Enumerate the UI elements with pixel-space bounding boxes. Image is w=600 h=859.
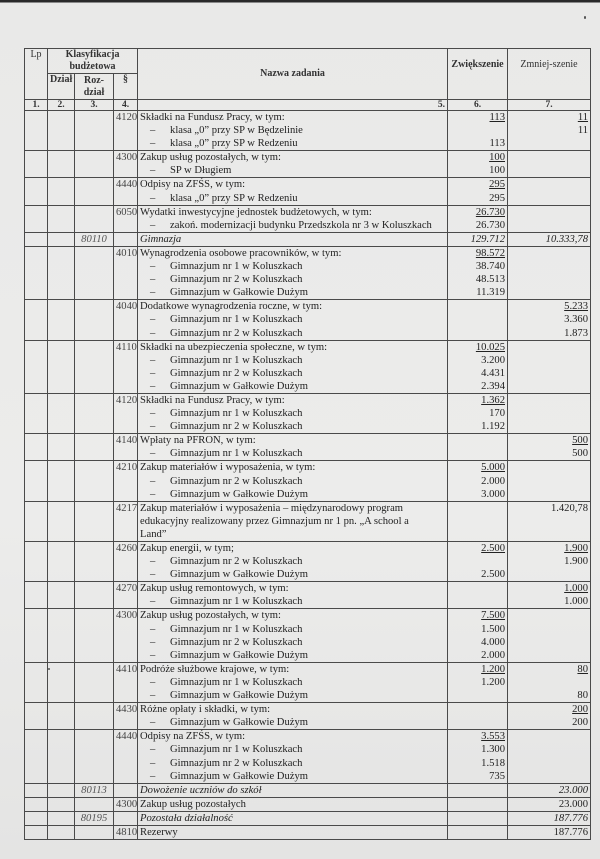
table-row: 4300Zakup usług pozostałych23.000	[25, 797, 591, 811]
sub-item-decrease	[510, 568, 588, 581]
dash-bullet: –	[150, 770, 170, 783]
sub-item-name: Gimnazjum nr 1 w Koluszkach	[170, 408, 302, 419]
dash-bullet: –	[150, 354, 170, 367]
decrease-total	[510, 247, 588, 260]
cell-dzial	[48, 501, 75, 541]
sub-item-increase: 1.200	[450, 676, 505, 689]
sub-item-name: Gimnazjum nr 1 w Koluszkach	[170, 677, 302, 688]
cell-zwiekszenie: 26.73026.730	[448, 205, 508, 232]
cell-rozdzial	[75, 393, 114, 433]
sub-item: –Gimnazjum nr 2 w Koluszkach	[140, 757, 445, 770]
sub-item: –Gimnazjum nr 1 w Koluszkach	[140, 354, 445, 367]
cell-nazwa: Rezerwy	[138, 825, 448, 839]
cell-paragraf: 4217	[114, 501, 138, 541]
increase-total: 113	[450, 111, 505, 124]
dash-bullet: –	[150, 568, 170, 581]
cell-zwiekszenie: 100100	[448, 151, 508, 178]
increase-total: 295	[450, 178, 505, 191]
cell-zmniejszenie	[508, 340, 591, 393]
cell-nazwa: Dodatkowe wynagrodzenia roczne, w tym:–G…	[138, 300, 448, 340]
increase-total: 3.553	[450, 730, 505, 743]
dash-bullet: –	[150, 260, 170, 273]
sub-item: –Gimnazjum nr 1 w Koluszkach	[140, 743, 445, 756]
cell-nazwa: Zakup usług remontowych, w tym:–Gimnazju…	[138, 582, 448, 609]
cell-dzial	[48, 730, 75, 783]
cell-paragraf: 4410	[114, 662, 138, 702]
sub-item: –Gimnazjum nr 2 w Koluszkach	[140, 636, 445, 649]
cell-rozdzial	[75, 825, 114, 839]
dash-bullet: –	[150, 380, 170, 393]
cell-rozdzial	[75, 300, 114, 340]
sub-item-increase: 1.518	[450, 757, 505, 770]
sub-item: –Gimnazjum w Gałkowie Dużym	[140, 488, 445, 501]
sub-item: –zakoń. modernizacji budynku Przedszkola…	[140, 219, 445, 232]
header-lp: Lp	[25, 49, 48, 100]
task-title: Wpłaty na PFRON, w tym:	[140, 434, 445, 447]
sub-item: –Gimnazjum w Gałkowie Dużym	[140, 689, 445, 702]
sub-item-name: Gimnazjum nr 2 w Koluszkach	[170, 274, 302, 285]
header-rozdzial: Roz-dział	[75, 74, 114, 100]
dash-bullet: –	[150, 636, 170, 649]
sub-item: –Gimnazjum w Gałkowie Dużym	[140, 380, 445, 393]
scan-speck	[584, 16, 586, 19]
sub-item: –Gimnazjum nr 2 w Koluszkach	[140, 475, 445, 488]
cell-dzial	[48, 662, 75, 702]
sub-item-decrease: 500	[510, 447, 588, 460]
cell-dzial	[48, 434, 75, 461]
table-row: 4410Podróże służbowe krajowe, w tym:–Gim…	[25, 662, 591, 702]
cell-nazwa: Wydatki inwestycyjne jednostek budżetowy…	[138, 205, 448, 232]
sub-item-name: Gimnazjum w Gałkowie Dużym	[170, 381, 308, 392]
cell-lp	[25, 609, 48, 662]
task-title: Różne opłaty i składki, w tym:	[140, 703, 445, 716]
dash-bullet: –	[150, 219, 170, 232]
cell-rozdzial	[75, 178, 114, 205]
decrease-total: 5.233	[510, 300, 588, 313]
increase-total	[450, 812, 505, 825]
cell-dzial	[48, 461, 75, 501]
cell-zwiekszenie: 1.3621701.192	[448, 393, 508, 433]
sub-item-increase: 1.300	[450, 743, 505, 756]
decrease-total	[510, 341, 588, 354]
sub-item-increase: 2.394	[450, 380, 505, 393]
cell-zmniejszenie	[508, 393, 591, 433]
cell-lp	[25, 205, 48, 232]
header-klasyfikacja: Klasyfikacja budżetowa	[48, 49, 138, 74]
sub-item-decrease: 200	[510, 716, 588, 729]
task-title: Zakup usług remontowych, w tym:	[140, 582, 445, 595]
task-title: Składki na Fundusz Pracy, w tym:	[140, 111, 445, 124]
increase-total: 5.000	[450, 461, 505, 474]
cell-zmniejszenie: 23.000	[508, 783, 591, 797]
cell-zwiekszenie: 113113	[448, 111, 508, 151]
increase-total: 98.572	[450, 247, 505, 260]
cell-paragraf: 4010	[114, 246, 138, 299]
cell-zmniejszenie	[508, 178, 591, 205]
decrease-total: 23.000	[510, 798, 588, 811]
sub-item-name: Gimnazjum nr 2 w Koluszkach	[170, 556, 302, 567]
sub-item-name: klasa „0” przy SP w Redzeniu	[170, 193, 298, 204]
cell-zmniejszenie: 5.2333.3601.873	[508, 300, 591, 340]
sub-item-decrease	[510, 676, 588, 689]
cell-zwiekszenie: 295295	[448, 178, 508, 205]
dash-bullet: –	[150, 623, 170, 636]
task-title: Zakup energii, w tym;	[140, 542, 445, 555]
cell-rozdzial	[75, 111, 114, 151]
sub-item-name: Gimnazjum w Gałkowie Dużym	[170, 569, 308, 580]
cell-zwiekszenie	[448, 434, 508, 461]
sub-item-increase	[450, 595, 505, 608]
sub-item-name: Gimnazjum nr 1 w Koluszkach	[170, 314, 302, 325]
sub-item-increase: 26.730	[450, 219, 505, 232]
sub-item-name: zakoń. modernizacji budynku Przedszkola …	[170, 220, 432, 231]
task-title: Gimnazja	[140, 233, 445, 246]
table-row: 4120Składki na Fundusz Pracy, w tym:–kla…	[25, 111, 591, 151]
sub-item: –Gimnazjum w Gałkowie Dużym	[140, 568, 445, 581]
cell-nazwa: Wpłaty na PFRON, w tym:–Gimnazjum nr 1 w…	[138, 434, 448, 461]
cell-zmniejszenie: 500500	[508, 434, 591, 461]
task-title: Zakup usług pozostałych, w tym:	[140, 151, 445, 164]
dash-bullet: –	[150, 164, 170, 177]
cell-rozdzial: 80195	[75, 811, 114, 825]
decrease-total: 187.776	[510, 826, 588, 839]
dash-bullet: –	[150, 137, 170, 150]
cell-rozdzial	[75, 730, 114, 783]
sub-item-name: Gimnazjum nr 2 w Koluszkach	[170, 328, 302, 339]
decrease-total	[510, 394, 588, 407]
cell-zmniejszenie	[508, 461, 591, 501]
cell-dzial	[48, 178, 75, 205]
sub-item-increase: 100	[450, 164, 505, 177]
sub-item-decrease	[510, 219, 588, 232]
cell-zmniejszenie	[508, 246, 591, 299]
cell-dzial	[48, 783, 75, 797]
task-title: Odpisy na ZFŚS, w tym:	[140, 178, 445, 191]
cell-nazwa: Zakup usług pozostałych	[138, 797, 448, 811]
sub-item-decrease	[510, 286, 588, 299]
dash-bullet: –	[150, 313, 170, 326]
decrease-total: 500	[510, 434, 588, 447]
cell-paragraf: 4210	[114, 461, 138, 501]
column-number: 4.	[114, 100, 138, 111]
sub-item-increase: 1.192	[450, 420, 505, 433]
increase-total	[450, 582, 505, 595]
dash-bullet: –	[150, 676, 170, 689]
column-number-row: 1.2.3.4.5.6.7.	[25, 100, 591, 111]
sub-item-decrease: 80	[510, 689, 588, 702]
cell-zmniejszenie	[508, 151, 591, 178]
cell-nazwa: Zakup materiałów i wyposażenia – międzyn…	[138, 501, 448, 541]
increase-total: 100	[450, 151, 505, 164]
task-title: Składki na ubezpieczenia społeczne, w ty…	[140, 341, 445, 354]
increase-total	[450, 784, 505, 797]
sub-item-name: klasa „0” przy SP w Będzelinie	[170, 125, 303, 136]
cell-paragraf: 4440	[114, 730, 138, 783]
table-row: 4010Wynagrodzenia osobowe pracowników, w…	[25, 246, 591, 299]
cell-dzial	[48, 300, 75, 340]
decrease-total	[510, 206, 588, 219]
sub-item: –Gimnazjum nr 2 w Koluszkach	[140, 367, 445, 380]
increase-total	[450, 826, 505, 839]
cell-zwiekszenie	[448, 811, 508, 825]
sub-item: –Gimnazjum nr 1 w Koluszkach	[140, 313, 445, 326]
cell-paragraf: 4300	[114, 609, 138, 662]
sub-item: –Gimnazjum w Gałkowie Dużym	[140, 770, 445, 783]
decrease-total	[510, 730, 588, 743]
cell-paragraf: 4300	[114, 797, 138, 811]
header-dzial: Dział	[48, 74, 75, 100]
decrease-total	[510, 461, 588, 474]
sub-item-increase: 3.200	[450, 354, 505, 367]
table-row: 4210Zakup materiałów i wyposażenia, w ty…	[25, 461, 591, 501]
sub-item: –Gimnazjum nr 2 w Koluszkach	[140, 555, 445, 568]
cell-zmniejszenie	[508, 730, 591, 783]
task-title: Zakup usług pozostałych	[140, 798, 445, 811]
sub-item-name: Gimnazjum nr 2 w Koluszkach	[170, 368, 302, 379]
cell-dzial	[48, 797, 75, 811]
sub-item-increase: 38.740	[450, 260, 505, 273]
sub-item-increase: 1.500	[450, 623, 505, 636]
sub-item-decrease	[510, 636, 588, 649]
cell-lp	[25, 783, 48, 797]
cell-rozdzial: 80113	[75, 783, 114, 797]
cell-lp	[25, 232, 48, 246]
cell-rozdzial	[75, 582, 114, 609]
cell-dzial	[48, 246, 75, 299]
cell-dzial	[48, 703, 75, 730]
increase-total	[450, 300, 505, 313]
cell-paragraf: 4440	[114, 178, 138, 205]
cell-lp	[25, 111, 48, 151]
increase-total: 1.200	[450, 663, 505, 676]
sub-item-increase: 3.000	[450, 488, 505, 501]
sub-item-name: Gimnazjum w Gałkowie Dużym	[170, 287, 308, 298]
increase-total: 2.500	[450, 542, 505, 555]
header-paragraf: §	[114, 74, 138, 100]
cell-nazwa: Podróże służbowe krajowe, w tym:–Gimnazj…	[138, 662, 448, 702]
cell-nazwa: Odpisy na ZFŚS, w tym:–klasa „0” przy SP…	[138, 178, 448, 205]
dash-bullet: –	[150, 124, 170, 137]
cell-zwiekszenie	[448, 300, 508, 340]
sub-item-increase: 2.500	[450, 568, 505, 581]
decrease-total: 23.000	[510, 784, 588, 797]
cell-rozdzial	[75, 205, 114, 232]
header-zwiekszenie: Zwiększenie	[448, 49, 508, 100]
decrease-total: 1.000	[510, 582, 588, 595]
sub-item-name: klasa „0” przy SP w Redzeniu	[170, 138, 298, 149]
sub-item-increase	[450, 689, 505, 702]
table-row: 4430Różne opłaty i składki, w tym:–Gimna…	[25, 703, 591, 730]
sub-item: –Gimnazjum nr 1 w Koluszkach	[140, 260, 445, 273]
cell-zmniejszenie: 200200	[508, 703, 591, 730]
column-number: 2.	[48, 100, 75, 111]
cell-zwiekszenie	[448, 582, 508, 609]
cell-lp	[25, 662, 48, 702]
task-title: Zakup materiałów i wyposażenia, w tym:	[140, 461, 445, 474]
sub-item-increase: 11.319	[450, 286, 505, 299]
sub-item-increase: 4.431	[450, 367, 505, 380]
sub-item-decrease	[510, 475, 588, 488]
sub-item-increase: 48.513	[450, 273, 505, 286]
rozdzial-row: 80110Gimnazja129.71210.333,78	[25, 232, 591, 246]
cell-nazwa: Odpisy na ZFŚS, w tym:–Gimnazjum nr 1 w …	[138, 730, 448, 783]
sub-item: –Gimnazjum nr 1 w Koluszkach	[140, 676, 445, 689]
cell-rozdzial	[75, 703, 114, 730]
increase-total	[450, 798, 505, 811]
sub-item: –Gimnazjum nr 1 w Koluszkach	[140, 447, 445, 460]
table-row: 4217Zakup materiałów i wyposażenia – mię…	[25, 501, 591, 541]
cell-lp	[25, 542, 48, 582]
cell-rozdzial	[75, 434, 114, 461]
cell-paragraf: 6050	[114, 205, 138, 232]
rozdzial-row: 80195Pozostała działalność187.776	[25, 811, 591, 825]
task-title: Podróże służbowe krajowe, w tym:	[140, 663, 445, 676]
cell-nazwa: Składki na ubezpieczenia społeczne, w ty…	[138, 340, 448, 393]
dash-bullet: –	[150, 407, 170, 420]
cell-zmniejszenie	[508, 609, 591, 662]
sub-item: –Gimnazjum nr 2 w Koluszkach	[140, 420, 445, 433]
sub-item-increase: 2.000	[450, 475, 505, 488]
cell-lp	[25, 393, 48, 433]
cell-dzial	[48, 232, 75, 246]
table-row: 4140Wpłaty na PFRON, w tym:–Gimnazjum nr…	[25, 434, 591, 461]
task-title: Zakup materiałów i wyposażenia – międzyn…	[140, 502, 433, 541]
sub-item-decrease: 1.000	[510, 595, 588, 608]
cell-paragraf	[114, 783, 138, 797]
task-title: Wynagrodzenia osobowe pracowników, w tym…	[140, 247, 445, 260]
sub-item-decrease	[510, 407, 588, 420]
cell-dzial	[48, 542, 75, 582]
increase-total: 10.025	[450, 341, 505, 354]
task-title: Zakup usług pozostałych, w tym:	[140, 609, 445, 622]
task-title: Odpisy na ZFŚS, w tym:	[140, 730, 445, 743]
cell-paragraf: 4260	[114, 542, 138, 582]
sub-item-decrease	[510, 770, 588, 783]
cell-dzial	[48, 151, 75, 178]
cell-lp	[25, 434, 48, 461]
cell-paragraf: 4300	[114, 151, 138, 178]
cell-rozdzial	[75, 340, 114, 393]
sub-item-decrease	[510, 367, 588, 380]
cell-zwiekszenie	[448, 825, 508, 839]
task-title: Rezerwy	[140, 826, 445, 839]
decrease-total	[510, 609, 588, 622]
decrease-total: 1.420,78	[510, 502, 588, 515]
dash-bullet: –	[150, 367, 170, 380]
sub-item: –Gimnazjum nr 1 w Koluszkach	[140, 595, 445, 608]
sub-item-increase	[450, 124, 505, 137]
sub-item-name: Gimnazjum w Gałkowie Dużym	[170, 690, 308, 701]
cell-nazwa: Różne opłaty i składki, w tym:–Gimnazjum…	[138, 703, 448, 730]
task-title: Dowożenie uczniów do szkół	[140, 784, 445, 797]
sub-item-name: Gimnazjum w Gałkowie Dużym	[170, 650, 308, 661]
increase-total: 7.500	[450, 609, 505, 622]
decrease-total: 187.776	[510, 812, 588, 825]
increase-total: 1.362	[450, 394, 505, 407]
cell-dzial	[48, 393, 75, 433]
sub-item-name: Gimnazjum nr 2 w Koluszkach	[170, 637, 302, 648]
column-number: 5.	[138, 100, 448, 111]
cell-nazwa: Pozostała działalność	[138, 811, 448, 825]
sub-item-increase	[450, 327, 505, 340]
sub-item-increase: 735	[450, 770, 505, 783]
sub-item: –Gimnazjum nr 1 w Koluszkach	[140, 623, 445, 636]
cell-zmniejszenie: 187.776	[508, 811, 591, 825]
increase-total	[450, 703, 505, 716]
dash-bullet: –	[150, 488, 170, 501]
decrease-total: 1.900	[510, 542, 588, 555]
cell-zwiekszenie	[448, 783, 508, 797]
cell-paragraf	[114, 232, 138, 246]
sub-item-decrease	[510, 420, 588, 433]
decrease-total	[510, 178, 588, 191]
cell-zwiekszenie: 3.5531.3001.518735	[448, 730, 508, 783]
cell-lp	[25, 797, 48, 811]
sub-item: –Gimnazjum w Gałkowie Dużym	[140, 286, 445, 299]
cell-rozdzial	[75, 246, 114, 299]
cell-dzial	[48, 825, 75, 839]
sub-item-decrease	[510, 164, 588, 177]
sub-item: –klasa „0” przy SP w Redzeniu	[140, 192, 445, 205]
dash-bullet: –	[150, 595, 170, 608]
task-title: Składki na Fundusz Pracy, w tym:	[140, 394, 445, 407]
table-row: 4110Składki na ubezpieczenia społeczne, …	[25, 340, 591, 393]
cell-lp	[25, 151, 48, 178]
table-row: 4270Zakup usług remontowych, w tym:–Gimn…	[25, 582, 591, 609]
sub-item-name: Gimnazjum nr 1 w Koluszkach	[170, 261, 302, 272]
table-row: 4120Składki na Fundusz Pracy, w tym:–Gim…	[25, 393, 591, 433]
cell-dzial	[48, 582, 75, 609]
cell-lp	[25, 178, 48, 205]
sub-item-decrease	[510, 354, 588, 367]
decrease-total: 11	[510, 111, 588, 124]
column-number: 1.	[25, 100, 48, 111]
cell-dzial	[48, 340, 75, 393]
cell-rozdzial	[75, 151, 114, 178]
cell-rozdzial	[75, 662, 114, 702]
dash-bullet: –	[150, 743, 170, 756]
cell-lp	[25, 825, 48, 839]
cell-zwiekszenie: 5.0002.0003.000	[448, 461, 508, 501]
cell-lp	[25, 340, 48, 393]
sub-item-increase: 113	[450, 137, 505, 150]
cell-zwiekszenie: 1.2001.200	[448, 662, 508, 702]
cell-nazwa: Zakup materiałów i wyposażenia, w tym:–G…	[138, 461, 448, 501]
cell-zwiekszenie: 98.57238.74048.51311.319	[448, 246, 508, 299]
task-title: Pozostała działalność	[140, 812, 445, 825]
increase-total	[450, 502, 505, 515]
column-number: 3.	[75, 100, 114, 111]
sub-item-increase	[450, 447, 505, 460]
cell-zmniejszenie: 10.333,78	[508, 232, 591, 246]
sub-item-decrease: 3.360	[510, 313, 588, 326]
cell-lp	[25, 730, 48, 783]
increase-total	[450, 434, 505, 447]
sub-item-decrease	[510, 649, 588, 662]
sub-item-name: Gimnazjum w Gałkowie Dużym	[170, 717, 308, 728]
sub-item-decrease	[510, 757, 588, 770]
sub-item-name: Gimnazjum nr 1 w Koluszkach	[170, 596, 302, 607]
cell-zwiekszenie	[448, 797, 508, 811]
task-title: Wydatki inwestycyjne jednostek budżetowy…	[140, 206, 445, 219]
cell-rozdzial	[75, 797, 114, 811]
table-row: 6050Wydatki inwestycyjne jednostek budże…	[25, 205, 591, 232]
table-body: 4120Składki na Fundusz Pracy, w tym:–kla…	[25, 111, 591, 840]
cell-lp	[25, 461, 48, 501]
sub-item-increase: 2.000	[450, 649, 505, 662]
dash-bullet: –	[150, 327, 170, 340]
increase-total: 26.730	[450, 206, 505, 219]
